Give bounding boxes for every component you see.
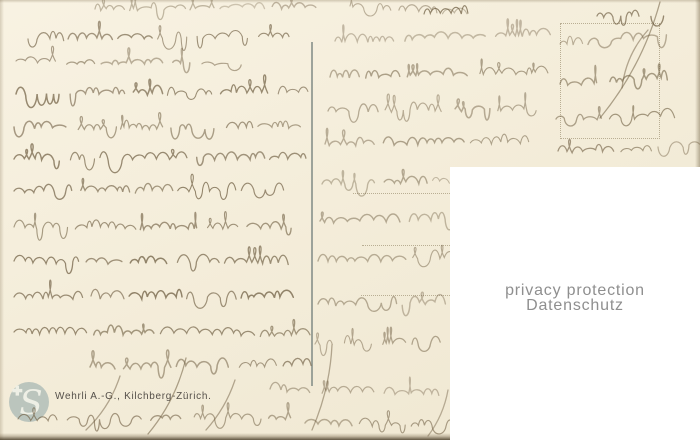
message-address-divider	[311, 42, 313, 386]
card-edge-top	[0, 0, 700, 3]
privacy-line2: Datenschutz	[450, 298, 700, 313]
address-line	[361, 295, 450, 296]
logo-letter: S	[19, 383, 42, 423]
publisher-logo: S	[7, 380, 53, 426]
postcard-back: S Wehrli A.-G., Kilchberg-Zürich. privac…	[0, 0, 700, 440]
card-edge-left	[0, 0, 4, 440]
stamp-box	[560, 23, 660, 139]
address-line	[353, 193, 450, 194]
address-line	[362, 245, 450, 246]
publisher-imprint: Wehrli A.-G., Kilchberg-Zürich.	[55, 391, 212, 402]
privacy-overlay: privacy protection Datenschutz	[450, 167, 700, 440]
privacy-watermark-text: privacy protection Datenschutz	[450, 283, 700, 313]
privacy-line1: privacy protection	[450, 283, 700, 298]
